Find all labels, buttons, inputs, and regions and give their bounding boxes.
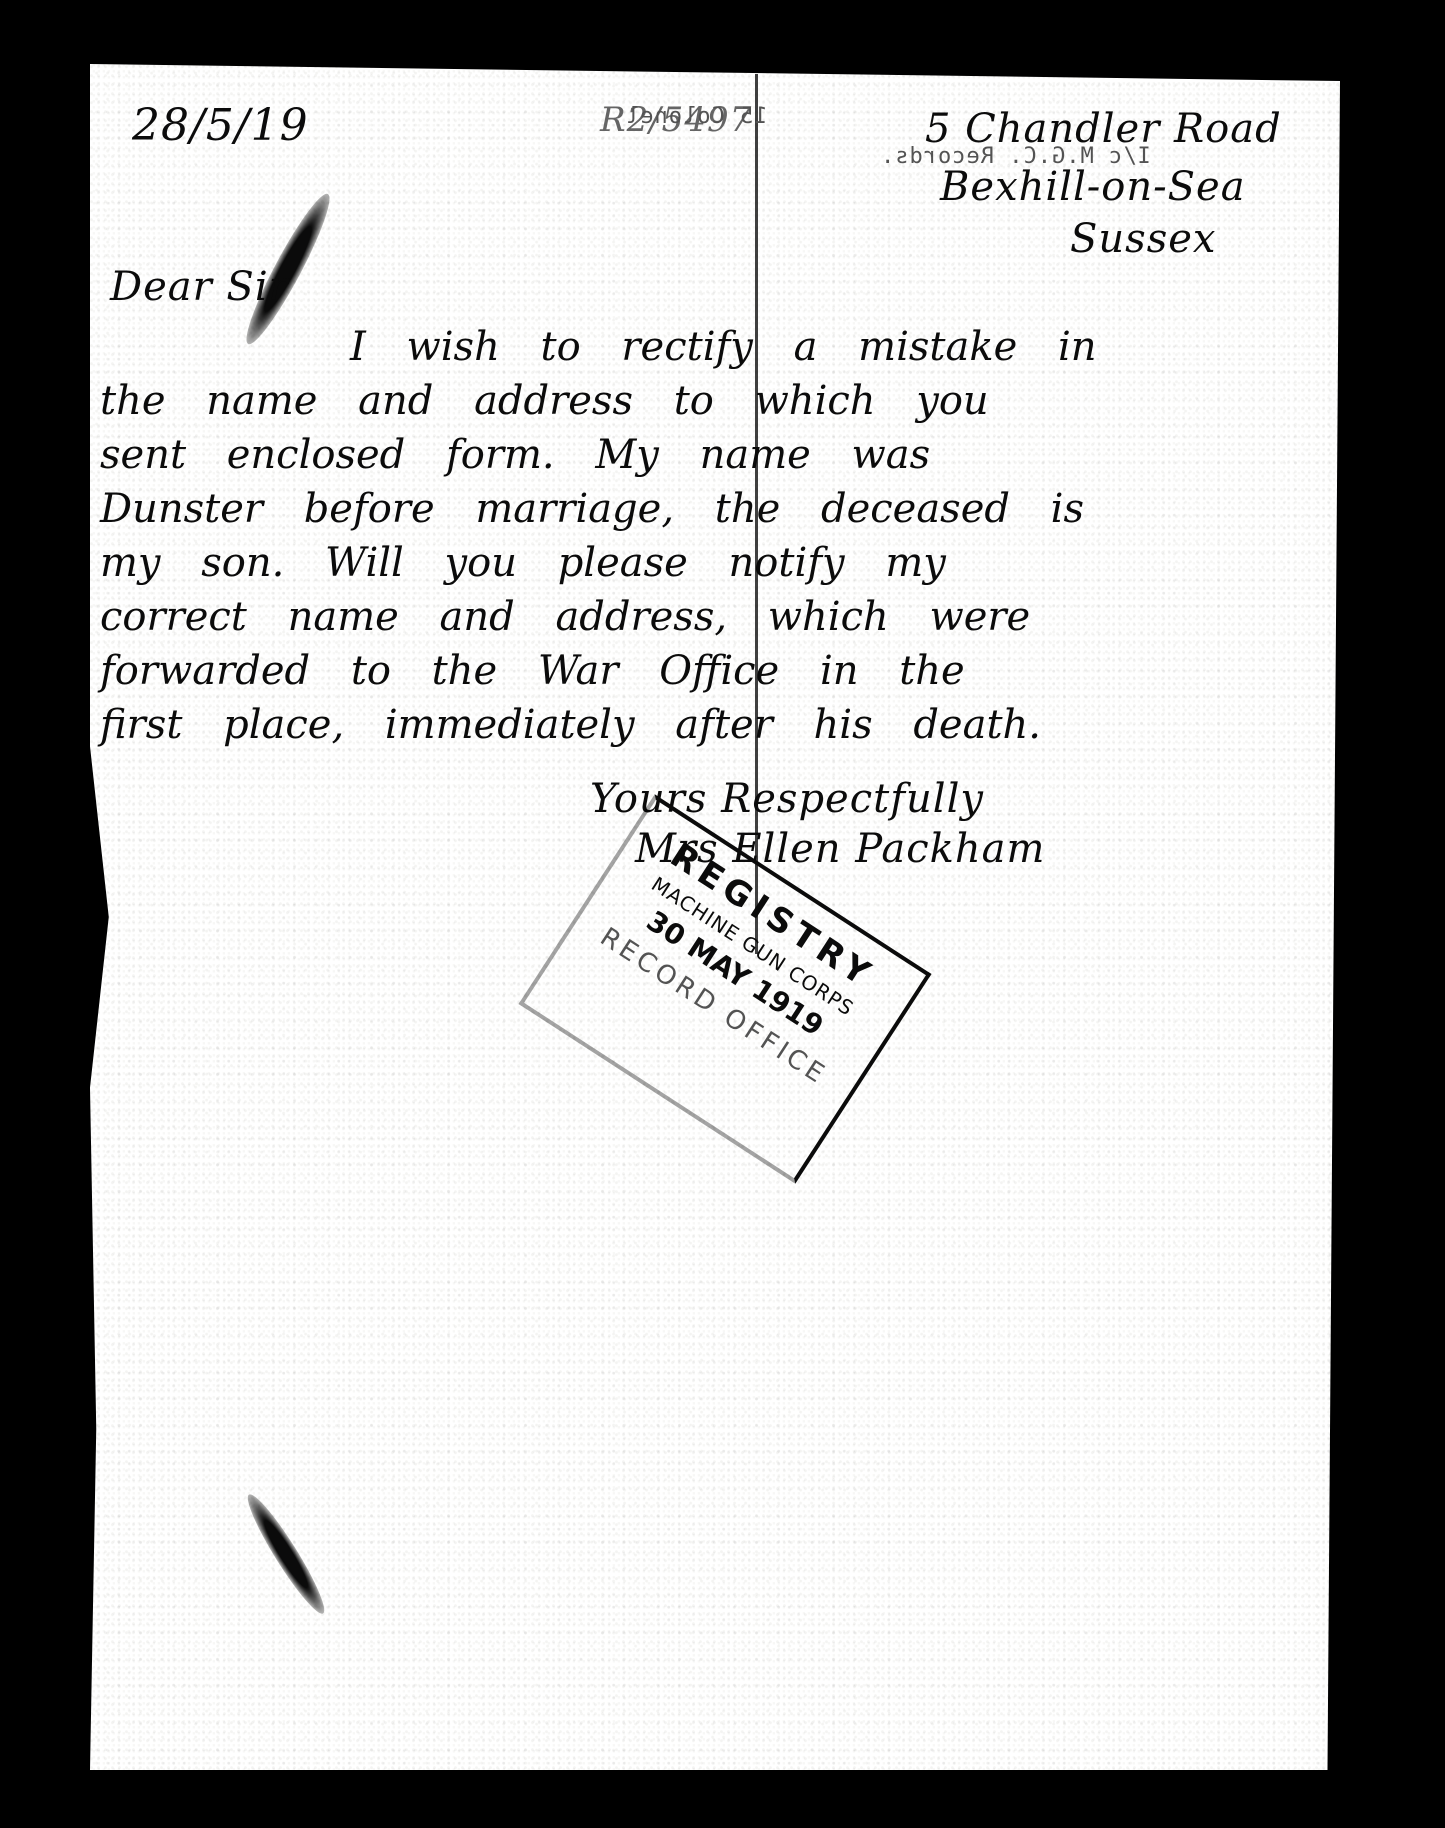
body-line: forwarded to the War Office in the xyxy=(100,648,1300,702)
body-line: sent enclosed form. My name was xyxy=(100,432,1300,486)
body-line: Dunster before marriage, the deceased is xyxy=(100,486,1300,540)
salutation: Dear Sir xyxy=(110,264,289,310)
body-line: correct name and address, which were xyxy=(100,594,1300,648)
address-line-3: Sussex xyxy=(1070,216,1216,262)
letter-body: I wish to rectify a mistake in the name … xyxy=(100,324,1300,756)
body-line: first place, immediately after his death… xyxy=(100,702,1300,756)
showthrough-text-1: 15 Colonel xyxy=(625,104,767,129)
letter-page: 28/5/19 R2/5497 15 Colonel I/c M.G.C. Re… xyxy=(90,64,1340,1770)
address-line-1: 5 Chandler Road xyxy=(925,106,1282,152)
ink-blot-bottom xyxy=(240,1489,333,1619)
address-line-2: Bexhill-on-Sea xyxy=(940,164,1246,210)
letter-date: 28/5/19 xyxy=(132,100,309,151)
body-line: I wish to rectify a mistake in xyxy=(100,324,1300,378)
body-line: the name and address to which you xyxy=(100,378,1300,432)
body-line: my son. Will you please notify my xyxy=(100,540,1300,594)
